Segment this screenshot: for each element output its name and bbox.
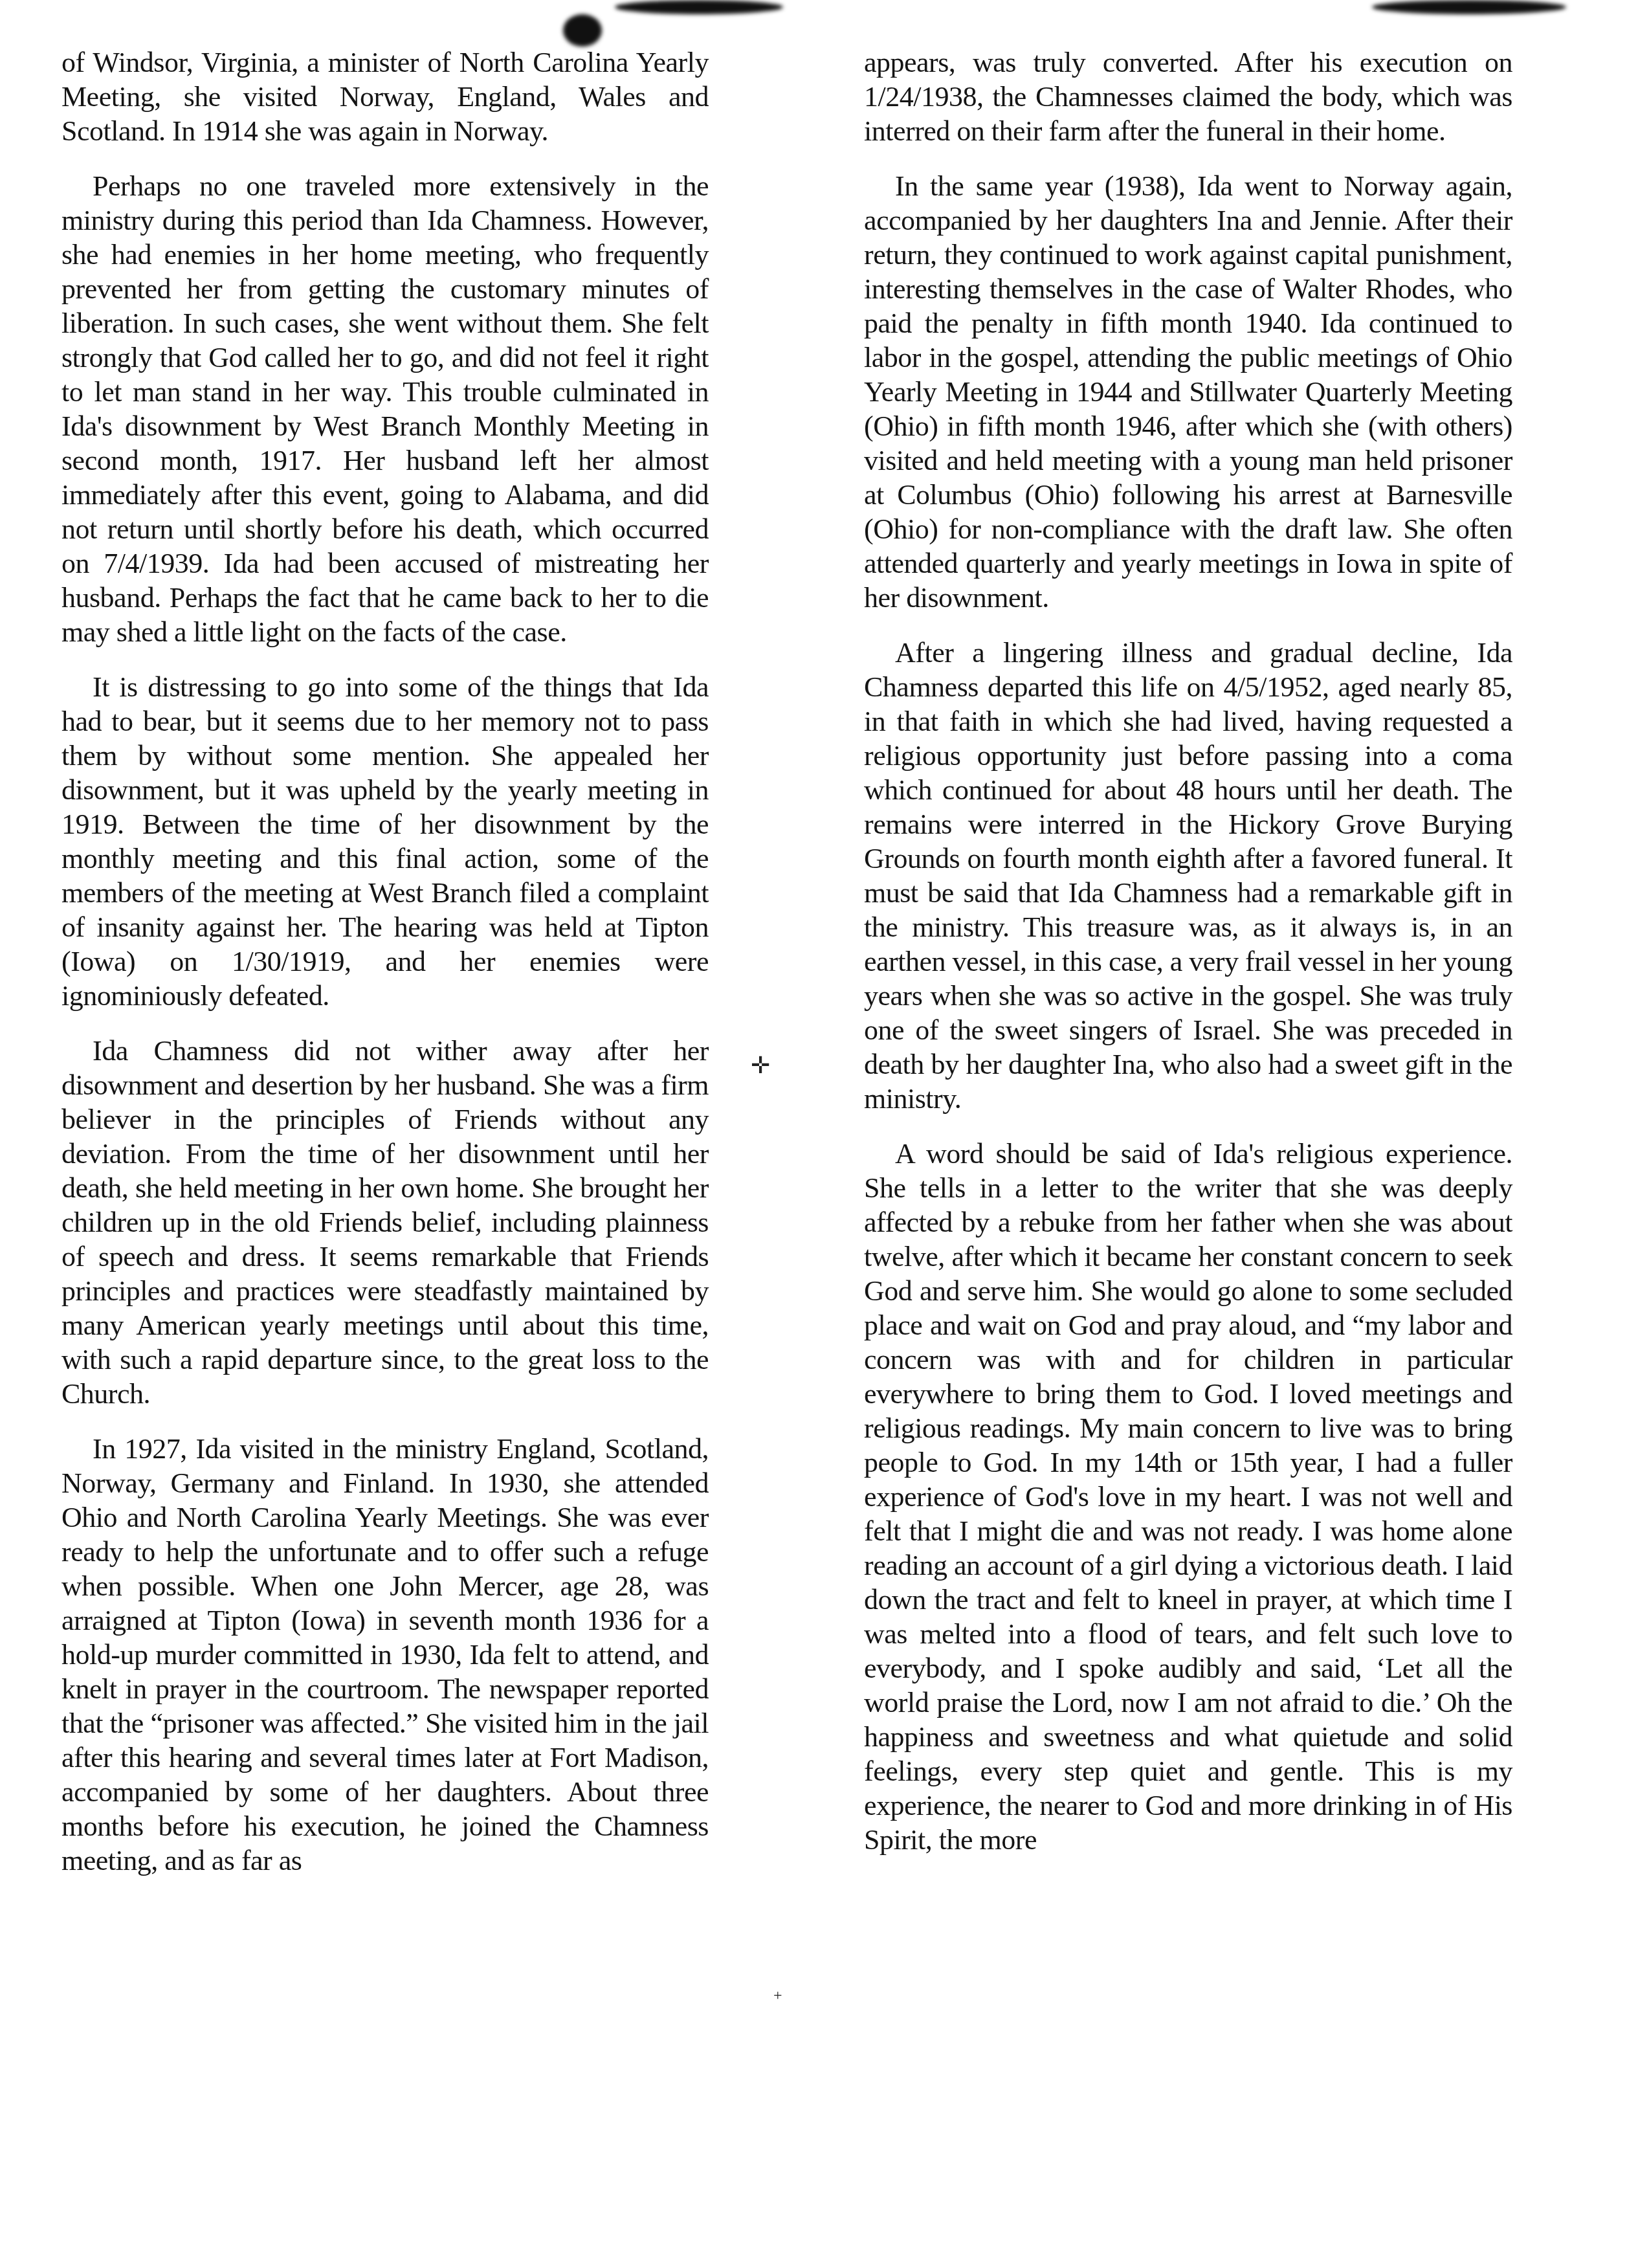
ink-smear	[1372, 0, 1566, 14]
paragraph: In the same year (1938), Ida went to Nor…	[864, 169, 1512, 615]
left-column: of Windsor, Virginia, a minister of Nort…	[61, 45, 709, 1898]
ink-smear	[615, 0, 783, 14]
crosshair-mark: ✛	[751, 1052, 770, 1079]
paragraph: A word should be said of Ida's religious…	[864, 1137, 1512, 1857]
paragraph: It is distressing to go into some of the…	[61, 670, 709, 1013]
paragraph: Ida Chamness did not wither away after h…	[61, 1034, 709, 1411]
crosshair-mark: +	[773, 1987, 782, 2005]
paragraph: appears, was truly converted. After his …	[864, 45, 1512, 148]
ink-blot	[563, 14, 602, 47]
paragraph: After a lingering illness and gradual de…	[864, 636, 1512, 1116]
right-column: appears, was truly converted. After his …	[864, 45, 1512, 1878]
paragraph: Perhaps no one traveled more extensively…	[61, 169, 709, 649]
paragraph: In 1927, Ida visited in the ministry Eng…	[61, 1432, 709, 1878]
paragraph: of Windsor, Virginia, a minister of Nort…	[61, 45, 709, 148]
